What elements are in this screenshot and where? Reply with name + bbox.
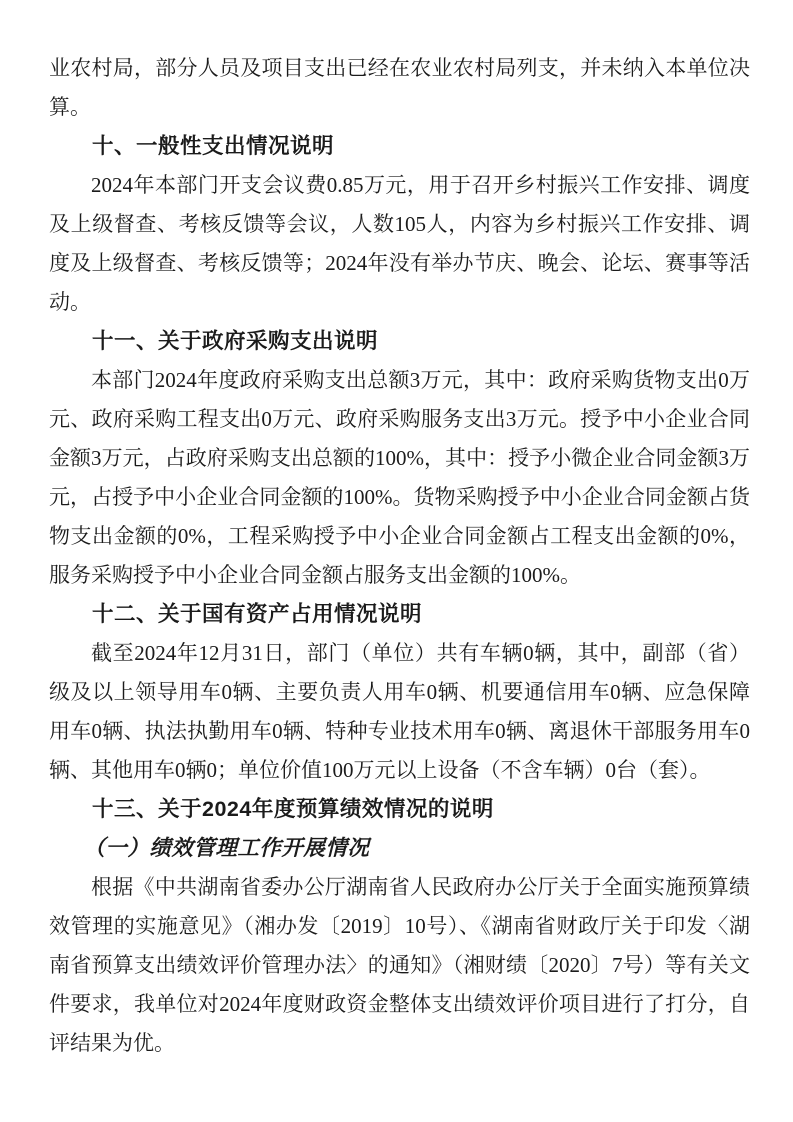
heading-section-10-general-expenditure: 十、一般性支出情况说明 bbox=[49, 127, 750, 166]
paragraph-vehicles-and-equipment: 截至2024年12月31日，部门（单位）共有车辆0辆，其中，副部（省）级及以上领… bbox=[49, 634, 750, 790]
paragraph-procurement-details: 本部门2024年度政府采购支出总额3万元，其中：政府采购货物支出0万元、政府采购… bbox=[49, 361, 750, 595]
paragraph-performance-evaluation-basis: 根据《中共湖南省委办公厅湖南省人民政府办公厅关于全面实施预算绩效管理的实施意见》… bbox=[49, 868, 750, 1063]
document-page: 业农村局，部分人员及项目支出已经在农业农村局列支，并未纳入本单位决算。 十、一般… bbox=[0, 0, 793, 1122]
heading-section-12-state-assets: 十二、关于国有资产占用情况说明 bbox=[49, 595, 750, 634]
paragraph-continuation-decision-unit: 业农村局，部分人员及项目支出已经在农业农村局列支，并未纳入本单位决算。 bbox=[49, 49, 750, 127]
paragraph-meeting-expenses: 2024年本部门开支会议费0.85万元，用于召开乡村振兴工作安排、调度及上级督查… bbox=[49, 166, 750, 322]
heading-section-11-government-procurement: 十一、关于政府采购支出说明 bbox=[49, 322, 750, 361]
heading-section-13-budget-performance: 十三、关于2024年度预算绩效情况的说明 bbox=[49, 790, 750, 829]
subheading-performance-management-work: （一）绩效管理工作开展情况 bbox=[49, 829, 750, 868]
